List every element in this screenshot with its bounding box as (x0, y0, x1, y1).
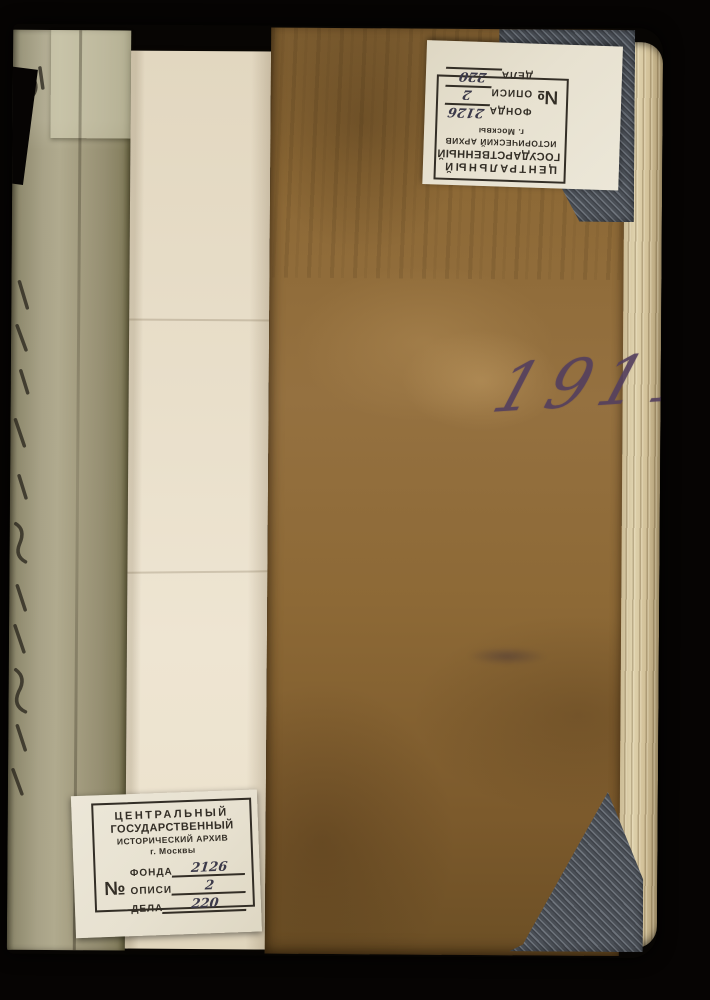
spine-top-flap (50, 30, 131, 139)
stamp-row-opis: ОПИСИ 2 (130, 877, 246, 897)
fond-label: ФОНДА (130, 867, 173, 880)
year-handwriting: 1911 (484, 336, 663, 428)
archive-stamp-label-bottom: ЦЕНТРАЛЬНЫЙ ГОСУДАРСТВЕННЫЙ ИСТОРИЧЕСКИЙ… (71, 789, 262, 938)
numero-sign: № (104, 878, 126, 901)
stamp-rows: ФОНДА 2126 ОПИСИ 2 ДЕЛА 220 (129, 857, 247, 917)
stamp-row-delo: ДЕЛА 220 (131, 895, 247, 915)
fond-value-handwriting: 2126 (442, 103, 490, 119)
archive-stamp: ЦЕНТРАЛЬНЫЙ ГОСУДАРСТВЕННЫЙ ИСТОРИЧЕСКИЙ… (91, 798, 255, 913)
fond-value-handwriting: 2126 (172, 860, 246, 878)
archive-stamp-label-top: ЦЕНТРАЛЬНЫЙ ГОСУДАРСТВЕННЫЙ ИСТОРИЧЕСКИЙ… (422, 40, 623, 190)
fond-label: ФОНДА (489, 104, 532, 116)
ink-smudge (467, 647, 547, 666)
archive-stamp: ЦЕНТРАЛЬНЫЙ ГОСУДАРСТВЕННЫЙ ИСТОРИЧЕСКИЙ… (433, 74, 568, 183)
strip-crease (129, 319, 269, 322)
stamp-row-delo: ДЕЛА 220 (445, 67, 533, 86)
stamp-row-opis: ОПИСИ 2 (444, 85, 532, 104)
archive-book-cover: 44 220 1911 ЦЕНТРАЛЬНЫЙ ГОСУДАРСТВЕННЫЙ … (7, 24, 663, 959)
opis-value-handwriting: 2 (171, 878, 247, 896)
photo-background: 44 220 1911 ЦЕНТРАЛЬНЫЙ ГОСУДАРСТВЕННЫЙ … (0, 0, 710, 1000)
numero-sign: № (537, 85, 559, 108)
opis-label: ОПИСИ (490, 86, 532, 98)
stamp-row-fond: ФОНДА 2126 (130, 859, 246, 879)
strip-crease (127, 570, 267, 573)
delo-value-handwriting: 220 (162, 896, 247, 914)
stamp-fields: № ФОНДА 2126 ОПИСИ 2 ДЕЛА 220 (99, 857, 249, 918)
opis-value-handwriting: 2 (443, 85, 492, 101)
delo-value-handwriting: 220 (444, 67, 502, 84)
delo-label: ДЕЛА (131, 903, 163, 915)
stamp-row-fond: ФОНДА 2126 (443, 103, 531, 122)
opis-label: ОПИСИ (130, 885, 172, 898)
stamp-rows: ФОНДА 2126 ОПИСИ 2 ДЕЛА 220 (443, 65, 533, 124)
delo-label: ДЕЛА (501, 69, 533, 81)
stamp-fields: № ФОНДА 2126 ОПИСИ 2 ДЕЛА 220 (441, 65, 563, 125)
